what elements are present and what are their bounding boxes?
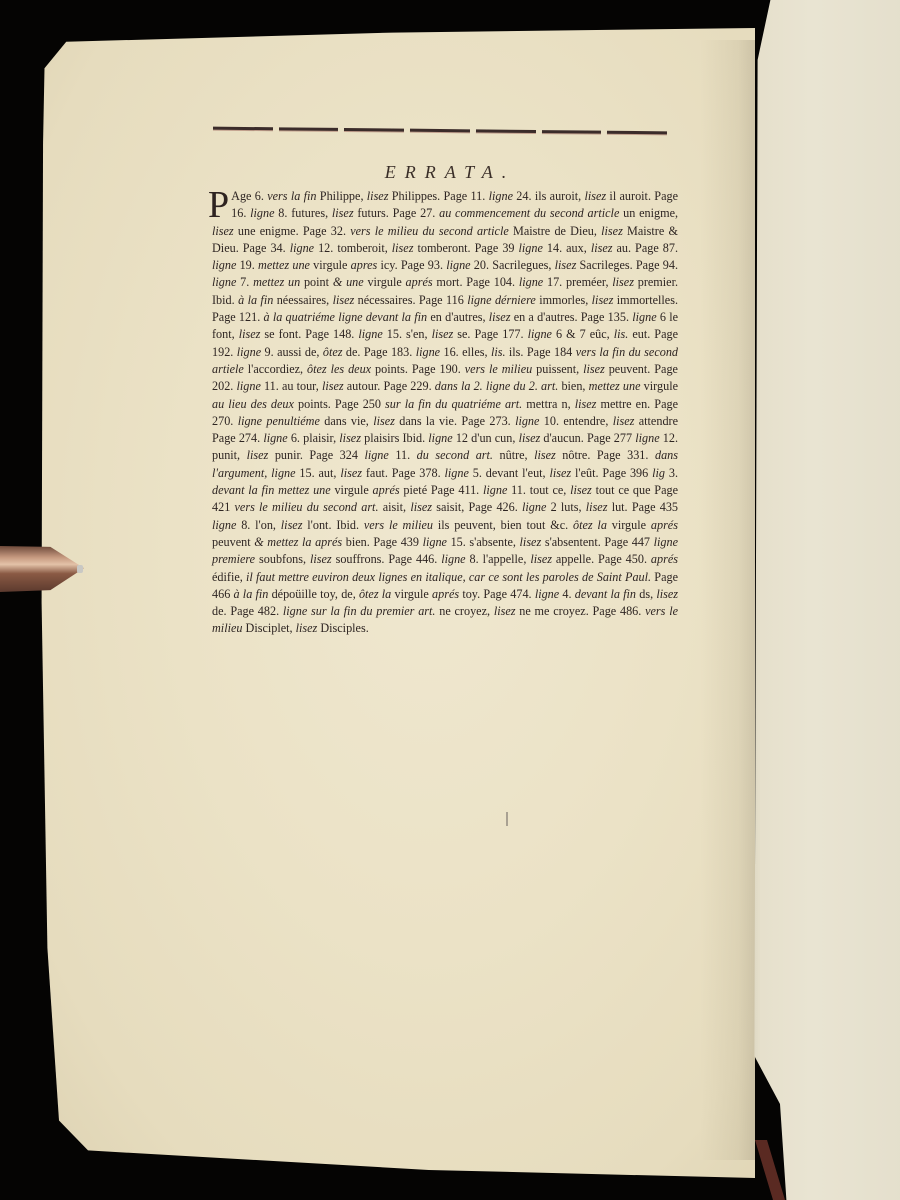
text-run: 24. ils auroit, bbox=[513, 189, 584, 203]
text-run: virgule bbox=[310, 258, 351, 272]
text-run: Disciples. bbox=[317, 621, 368, 635]
italic-run: lisez bbox=[367, 189, 389, 203]
italic-run: ôtez bbox=[323, 345, 343, 359]
text-run: tomberont. Page 39 bbox=[413, 241, 518, 255]
errata-paragraph: Age 6. vers la fin Philippe, lisez Phili… bbox=[212, 189, 678, 635]
rule-segment bbox=[344, 127, 404, 131]
italic-run: ligne bbox=[635, 431, 659, 445]
italic-run: lisez bbox=[494, 604, 516, 618]
italic-run: sur la fin du quatriéme art. bbox=[385, 397, 522, 411]
italic-run: aprés bbox=[373, 483, 400, 497]
italic-run: ligne bbox=[423, 535, 447, 549]
italic-run: du second art. bbox=[417, 448, 493, 462]
italic-run: ligne bbox=[237, 345, 261, 359]
text-run: points. Page 250 bbox=[294, 397, 385, 411]
italic-run: ligne bbox=[489, 189, 513, 203]
text-run: dépoüille toy, de, bbox=[268, 587, 359, 601]
text-run: une enigme. Page 32. bbox=[234, 224, 351, 238]
italic-run: ligne dérniere bbox=[467, 293, 536, 307]
italic-run: lisez bbox=[591, 241, 613, 255]
text-run: au. Page 87. bbox=[612, 241, 678, 255]
text-run: aisit, bbox=[379, 500, 411, 514]
text-run: autour. Page 229. bbox=[344, 379, 435, 393]
text-run: s'absentent. Page 447 bbox=[541, 535, 653, 549]
italic-run: ligne bbox=[444, 466, 468, 480]
italic-run: apres bbox=[351, 258, 378, 272]
italic-run: ligne penultiéme bbox=[238, 414, 320, 428]
text-run: 20. Sacrilegues, bbox=[471, 258, 555, 272]
italic-run: vers le milieu du second article bbox=[350, 224, 509, 238]
ink-mark bbox=[506, 812, 508, 826]
drop-cap: P bbox=[208, 190, 229, 220]
page-title: ERRATA. bbox=[200, 162, 700, 183]
italic-run: ligne bbox=[416, 345, 440, 359]
italic-run: ligne bbox=[446, 258, 470, 272]
italic-run: devant la fin mettez une bbox=[212, 483, 331, 497]
italic-run: il faut mettre euviron deux lignes en it… bbox=[246, 570, 651, 584]
text-run: l'ont. Ibid. bbox=[302, 518, 363, 532]
text-run: 3. bbox=[665, 466, 678, 480]
italic-run: aprés bbox=[651, 518, 678, 532]
text-run: 6. plaisir, bbox=[288, 431, 340, 445]
text-run: 8. l'on, bbox=[236, 518, 280, 532]
text-run: mettra n, bbox=[522, 397, 575, 411]
italic-run: lisez bbox=[584, 189, 606, 203]
text-run: Philippe, bbox=[317, 189, 367, 203]
italic-run: aprés bbox=[651, 552, 678, 566]
italic-run: mettez une bbox=[589, 379, 641, 393]
italic-run: & mettez la aprés bbox=[254, 535, 342, 549]
text-run: 19. bbox=[236, 258, 258, 272]
text-run: 2 luts, bbox=[546, 500, 585, 514]
text-run: 10. entendre, bbox=[539, 414, 612, 428]
italic-run: lisez bbox=[519, 431, 541, 445]
italic-run: lisez bbox=[333, 293, 355, 307]
italic-run: lis. bbox=[614, 327, 629, 341]
italic-run: vers le milieu bbox=[465, 362, 532, 376]
rule-segment bbox=[542, 130, 602, 134]
text-run: 12 d'un cun, bbox=[453, 431, 519, 445]
italic-run: aprés bbox=[432, 587, 459, 601]
rule-segment bbox=[476, 129, 536, 133]
text-run: virgule bbox=[641, 379, 678, 393]
italic-run: lisez bbox=[410, 500, 432, 514]
italic-run: ligne bbox=[535, 587, 559, 601]
italic-run: lisez bbox=[332, 206, 354, 220]
spine-shadow bbox=[700, 40, 755, 1160]
italic-run: ligne bbox=[441, 552, 465, 566]
text-run: 15. s'absente, bbox=[447, 535, 520, 549]
text-run: pieté Page 411. bbox=[400, 483, 483, 497]
italic-run: ligne bbox=[632, 310, 656, 324]
text-run: peuvent bbox=[212, 535, 254, 549]
text-run: ds, bbox=[636, 587, 656, 601]
italic-run: lig bbox=[652, 466, 665, 480]
italic-run: lisez bbox=[534, 448, 556, 462]
italic-run: lisez bbox=[520, 535, 542, 549]
text-run: 11. bbox=[389, 448, 417, 462]
italic-run: lisez bbox=[592, 293, 614, 307]
text-run: nécessaires. Page 116 bbox=[354, 293, 467, 307]
text-run: ils. Page 184 bbox=[506, 345, 576, 359]
text-run: nôtre. Page 331. bbox=[556, 448, 655, 462]
italic-run: lisez bbox=[322, 379, 344, 393]
text-run: d'aucun. Page 277 bbox=[540, 431, 635, 445]
italic-run: lisez bbox=[530, 552, 552, 566]
text-run: en a d'autres. Page 135. bbox=[510, 310, 632, 324]
text-run: mort. Page 104. bbox=[433, 275, 519, 289]
text-run: 17. preméer, bbox=[543, 275, 612, 289]
text-run: virgule bbox=[331, 483, 373, 497]
italic-run: à la quatriéme ligne devant la fin bbox=[264, 310, 428, 324]
italic-run: ligne bbox=[236, 379, 260, 393]
text-run: puissent, bbox=[532, 362, 583, 376]
text-run: soubfons, bbox=[255, 552, 310, 566]
italic-run: lisez bbox=[575, 397, 597, 411]
text-run: souffrons. Page 446. bbox=[332, 552, 442, 566]
text-run: 11. tout ce, bbox=[507, 483, 570, 497]
italic-run: lisez bbox=[212, 224, 234, 238]
italic-run: lisez bbox=[656, 587, 678, 601]
text-run: 7. bbox=[236, 275, 253, 289]
text-run: 15. s'en, bbox=[383, 327, 432, 341]
italic-run: ligne bbox=[263, 431, 287, 445]
text-run: dans la vie. Page 273. bbox=[395, 414, 515, 428]
text-run: 9. aussi de, bbox=[261, 345, 323, 359]
italic-run: dans la 2. ligne du 2. art. bbox=[435, 379, 559, 393]
italic-run: ligne bbox=[250, 206, 274, 220]
italic-run: ligne sur la fin du premier art. bbox=[283, 604, 436, 618]
italic-run: lisez bbox=[612, 275, 634, 289]
italic-run: lisez bbox=[392, 241, 414, 255]
text-run: bien. Page 439 bbox=[342, 535, 422, 549]
italic-run: mettez une bbox=[258, 258, 310, 272]
text-run: toy. Page 474. bbox=[459, 587, 535, 601]
italic-run: lisez bbox=[432, 327, 454, 341]
text-run: 11. au tour, bbox=[261, 379, 322, 393]
italic-run: ligne bbox=[212, 518, 236, 532]
text-run: Disciplet, bbox=[242, 621, 295, 635]
italic-run: ligne bbox=[483, 483, 507, 497]
italic-run: vers le milieu du second art. bbox=[235, 500, 379, 514]
italic-run: ligne bbox=[212, 275, 236, 289]
italic-run: ôtez la bbox=[359, 587, 391, 601]
italic-run: lisez bbox=[489, 310, 511, 324]
text-run: 6 & 7 eûc, bbox=[552, 327, 614, 341]
italic-run: & une bbox=[333, 275, 364, 289]
text-run: point bbox=[300, 275, 333, 289]
text-run: appelle. Page 450. bbox=[552, 552, 651, 566]
text-run: virgule bbox=[391, 587, 432, 601]
text-run: en d'autres, bbox=[427, 310, 489, 324]
text-run: points. Page 190. bbox=[371, 362, 465, 376]
italic-run: lisez bbox=[613, 414, 635, 428]
text-run: ne croyez, bbox=[435, 604, 493, 618]
text-run: l'eût. Page 396 bbox=[571, 466, 652, 480]
text-run: dans vie, bbox=[320, 414, 373, 428]
text-run: 16. elles, bbox=[440, 345, 491, 359]
italic-run: lisez bbox=[586, 500, 608, 514]
text-run: ils peuvent, bien tout &c. bbox=[433, 518, 573, 532]
rule-segment bbox=[213, 126, 273, 130]
text-run: l'accordiez, bbox=[244, 362, 307, 376]
italic-run: au lieu des deux bbox=[212, 397, 294, 411]
italic-run: ligne bbox=[522, 500, 546, 514]
italic-run: ligne bbox=[428, 431, 452, 445]
italic-run: ôtez les deux bbox=[307, 362, 371, 376]
italic-run: aprés bbox=[406, 275, 433, 289]
text-run: néessaires, bbox=[273, 293, 332, 307]
text-run: Maistre de Dieu, bbox=[509, 224, 601, 238]
text-run: bien, bbox=[558, 379, 588, 393]
rule-segment bbox=[410, 128, 470, 132]
italic-run: lisez bbox=[570, 483, 592, 497]
text-run: 12. tomberoit, bbox=[314, 241, 392, 255]
italic-run: ligne bbox=[515, 414, 539, 428]
italic-run: à la fin bbox=[238, 293, 273, 307]
text-run: virgule bbox=[607, 518, 651, 532]
italic-run: lisez bbox=[549, 466, 571, 480]
errata-body: P Age 6. vers la fin Philippe, lisez Phi… bbox=[212, 188, 678, 638]
text-run: Age 6. bbox=[231, 189, 267, 203]
text-run: 14. aux, bbox=[543, 241, 591, 255]
text-run: punir. Page 324 bbox=[268, 448, 364, 462]
italic-run: ligne bbox=[528, 327, 552, 341]
italic-run: lisez bbox=[239, 327, 261, 341]
italic-run: lisez bbox=[340, 466, 362, 480]
italic-run: lisez bbox=[339, 431, 361, 445]
italic-run: au commencement du second article bbox=[439, 206, 619, 220]
italic-run: ligne bbox=[358, 327, 382, 341]
text-run: nûtre, bbox=[493, 448, 534, 462]
text-run: de. Page 482. bbox=[212, 604, 283, 618]
italic-run: ligne bbox=[519, 241, 543, 255]
italic-run: lisez bbox=[310, 552, 332, 566]
text-run: 15. aut, bbox=[296, 466, 341, 480]
italic-run: vers la fin bbox=[267, 189, 316, 203]
text-run: ne me croyez. Page 486. bbox=[516, 604, 646, 618]
italic-run: ligne bbox=[290, 241, 314, 255]
text-run: futurs. Page 27. bbox=[354, 206, 440, 220]
text-run: lut. Page 435 bbox=[607, 500, 678, 514]
italic-run: vers le milieu bbox=[364, 518, 433, 532]
bookmark-tip bbox=[77, 565, 83, 573]
italic-run: mettez un bbox=[253, 275, 300, 289]
book-page-right bbox=[748, 0, 900, 1200]
italic-run: ligne bbox=[519, 275, 543, 289]
text-run: icy. Page 93. bbox=[377, 258, 446, 272]
text-run: se font. Page 148. bbox=[260, 327, 358, 341]
italic-run: lisez bbox=[281, 518, 303, 532]
rule-segment bbox=[279, 127, 339, 131]
italic-run: ligne bbox=[212, 258, 236, 272]
text-run: de. Page 183. bbox=[342, 345, 415, 359]
text-run: virgule bbox=[364, 275, 406, 289]
italic-run: à la fin bbox=[234, 587, 269, 601]
italic-run: ôtez la bbox=[573, 518, 607, 532]
italic-run: devant la fin bbox=[575, 587, 636, 601]
italic-run: lisez bbox=[583, 362, 605, 376]
text-run: édifie, bbox=[212, 570, 246, 584]
text-run: Philippes. Page 11. bbox=[388, 189, 488, 203]
text-run: plaisirs Ibid. bbox=[361, 431, 428, 445]
text-run: immorles, bbox=[536, 293, 592, 307]
text-run: se. Page 177. bbox=[453, 327, 527, 341]
italic-run: lis. bbox=[491, 345, 506, 359]
text-run: 5. devant l'eut, bbox=[469, 466, 550, 480]
italic-run: lisez bbox=[247, 448, 269, 462]
rule-segment bbox=[607, 130, 667, 134]
text-run: Sacrileges. Page 94. bbox=[576, 258, 678, 272]
text-run: 8. l'appelle, bbox=[466, 552, 531, 566]
book-cover-edge bbox=[755, 1140, 785, 1200]
text-run: 8. futures, bbox=[275, 206, 332, 220]
italic-run: ligne bbox=[364, 448, 388, 462]
text-run: saisit, Page 426. bbox=[432, 500, 522, 514]
italic-run: lisez bbox=[601, 224, 623, 238]
text-run: faut. Page 378. bbox=[362, 466, 444, 480]
text-run: un enigme, bbox=[619, 206, 678, 220]
italic-run: lisez bbox=[555, 258, 577, 272]
italic-run: lisez bbox=[296, 621, 318, 635]
italic-run: lisez bbox=[373, 414, 395, 428]
text-run: 4. bbox=[559, 587, 575, 601]
